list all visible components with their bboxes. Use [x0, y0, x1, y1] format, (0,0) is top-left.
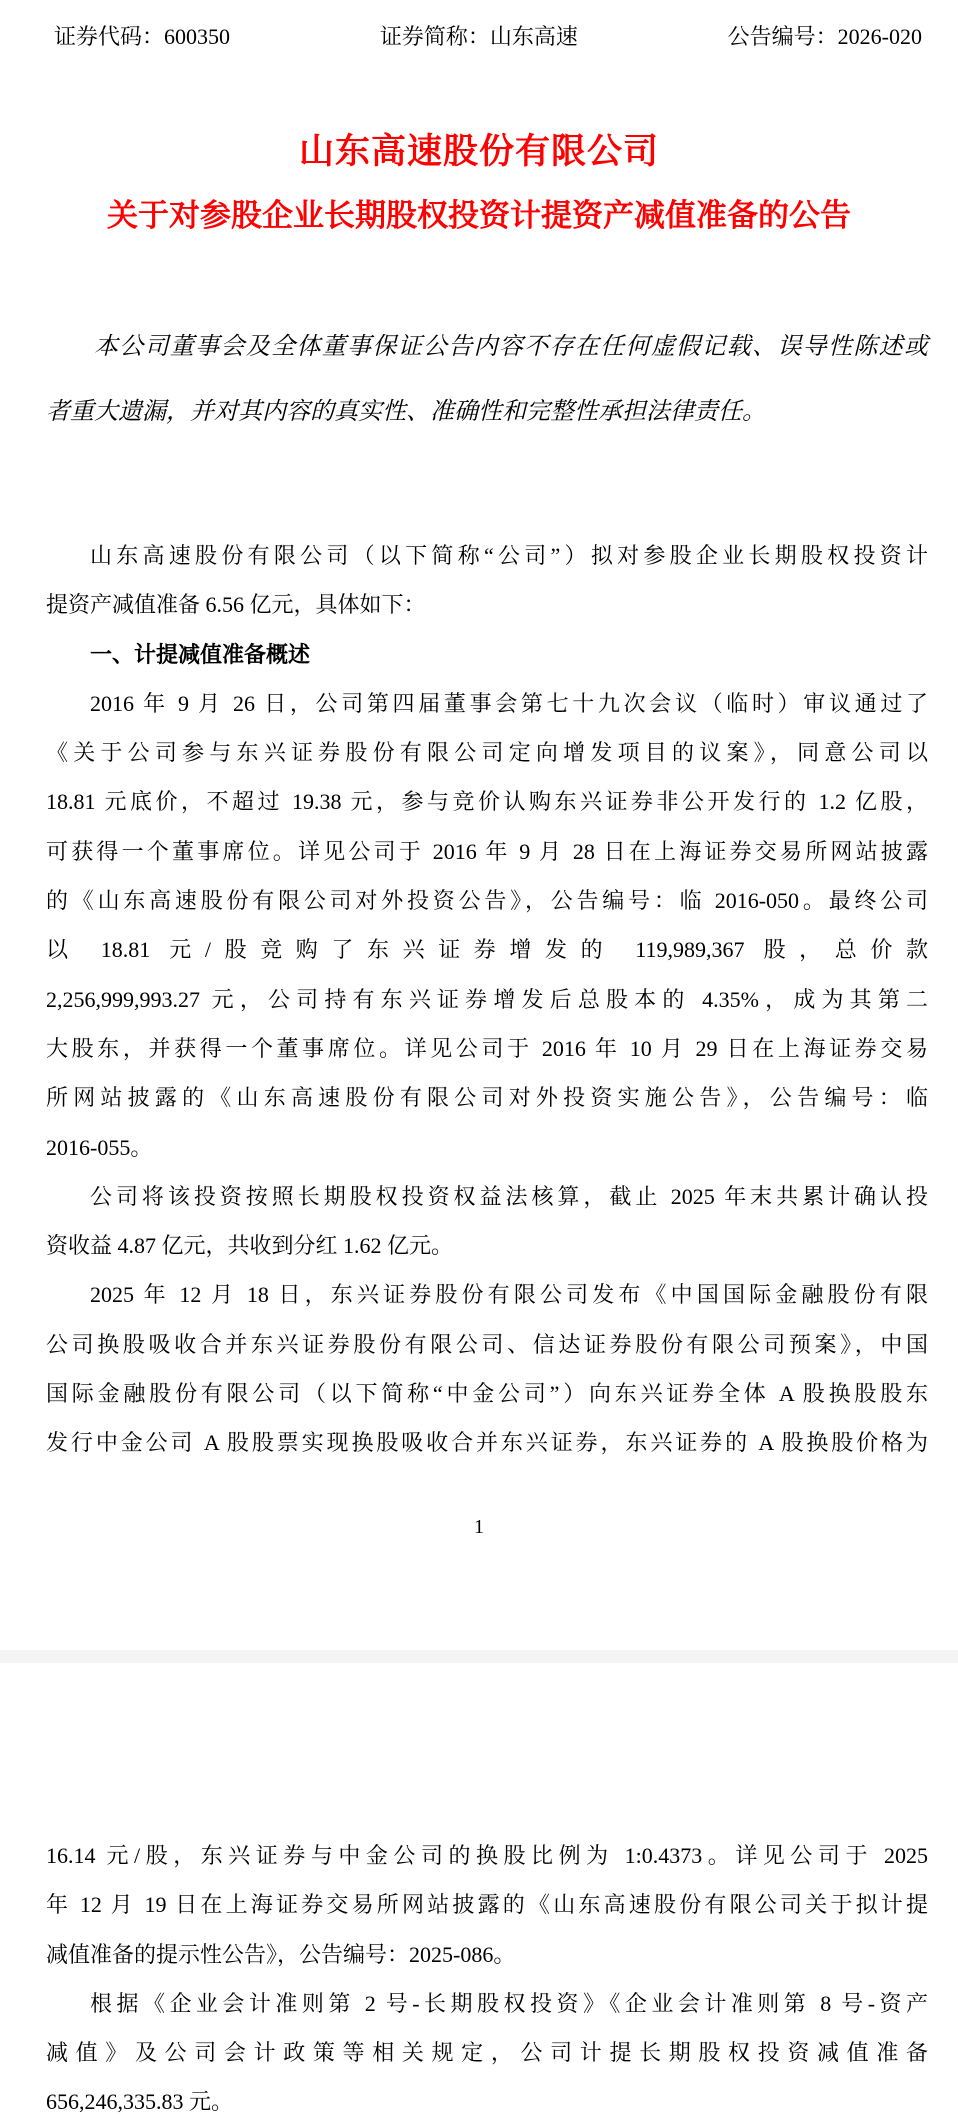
page-2: 16.14 元/股，东兴证券与中金公司的换股比例为 1:0.4373。详见公司于…: [0, 1663, 958, 2119]
body-line: 18.81 元底价，不超过 19.38 元，参与竞价认购东兴证券非公开发行的 1…: [46, 777, 928, 826]
stock-code: 证券代码：600350: [54, 20, 230, 51]
body-line: 根据《企业会计准则第 2 号-长期股权投资》《企业会计准则第 8 号-资产: [46, 1979, 928, 2028]
disclaimer-line: 者重大遗漏，并对其内容的真实性、准确性和完整性承担法律责任。: [46, 380, 928, 445]
body-line: 16.14 元/股，东兴证券与中金公司的换股比例为 1:0.4373。详见公司于…: [46, 1831, 928, 1880]
body-line: 2,256,999,993.27 元，公司持有东兴证券增发后总股本的 4.35%…: [46, 975, 928, 1024]
page-separator: [0, 1650, 958, 1663]
page-number: 1: [0, 1516, 958, 1539]
body-line: 公司换股吸收合并东兴证券股份有限公司、信达证券股份有限公司预案》，中国: [46, 1320, 928, 1369]
body-line: 2025 年 12 月 18 日，东兴证券股份有限公司发布《中国国际金融股份有限: [46, 1270, 928, 1319]
body-line: 大股东，并获得一个董事席位。详见公司于 2016 年 10 月 29 日在上海证…: [46, 1024, 928, 1073]
body-line: 提资产减值准备 6.56 亿元，具体如下：: [46, 580, 928, 629]
disclaimer: 本公司董事会及全体董事保证公告内容不存在任何虚假记载、误导性陈述或者重大遗漏，并…: [46, 315, 928, 445]
announcement-number: 公告编号：2026-020: [728, 20, 922, 51]
body-line: 减值准备的提示性公告》，公告编号：2025-086。: [46, 1930, 928, 1979]
body-line: 以 18.81 元/股竞购了东兴证券增发的 119,989,367 股，总价款: [46, 925, 928, 974]
meta-header: 证券代码：600350 证券简称：山东高速 公告编号：2026-020: [54, 20, 922, 51]
body-text-page1: 山东高速股份有限公司（以下简称“公司”）拟对参股企业长期股权投资计提资产减值准备…: [46, 531, 928, 1468]
body-line: 一、计提减值准备概述: [46, 630, 928, 679]
body-line: 年 12 月 19 日在上海证券交易所网站披露的《山东高速股份有限公司关于拟计提: [46, 1880, 928, 1929]
body-line: 国际金融股份有限公司（以下简称“中金公司”）向东兴证券全体 A 股换股股东: [46, 1369, 928, 1418]
body-line: 656,246,335.83 元。: [46, 2077, 928, 2119]
body-line: 可获得一个董事席位。详见公司于 2016 年 9 月 28 日在上海证券交易所网…: [46, 827, 928, 876]
stock-name: 证券简称：山东高速: [380, 20, 578, 51]
document-root: 证券代码：600350 证券简称：山东高速 公告编号：2026-020 山东高速…: [0, 0, 958, 2119]
body-text-page2: 16.14 元/股，东兴证券与中金公司的换股比例为 1:0.4373。详见公司于…: [46, 1831, 928, 2119]
page-1: 证券代码：600350 证券简称：山东高速 公告编号：2026-020 山东高速…: [0, 0, 958, 1650]
body-line: 发行中金公司 A 股股票实现换股吸收合并东兴证券，东兴证券的 A 股换股价格为: [46, 1418, 928, 1467]
body-line: 资收益 4.87 亿元，共收到分红 1.62 亿元。: [46, 1221, 928, 1270]
body-line: 山东高速股份有限公司（以下简称“公司”）拟对参股企业长期股权投资计: [46, 531, 928, 580]
body-line: 公司将该投资按照长期股权投资权益法核算，截止 2025 年末共累计确认投: [46, 1172, 928, 1221]
body-line: 2016-055。: [46, 1123, 928, 1172]
body-line: 2016 年 9 月 26 日，公司第四届董事会第七十九次会议（临时）审议通过了: [46, 679, 928, 728]
body-line: 减值》及公司会计政策等相关规定，公司计提长期股权投资减值准备: [46, 2028, 928, 2077]
body-line: 所网站披露的《山东高速股份有限公司对外投资实施公告》，公告编号：临: [46, 1073, 928, 1122]
body-line: 《关于公司参与东兴证券股份有限公司定向增发项目的议案》，同意公司以: [46, 728, 928, 777]
doc-subtitle: 关于对参股企业长期股权投资计提资产减值准备的公告: [0, 190, 958, 235]
body-line: 的《山东高速股份有限公司对外投资公告》，公告编号：临 2016-050。最终公司: [46, 876, 928, 925]
disclaimer-line: 本公司董事会及全体董事保证公告内容不存在任何虚假记载、误导性陈述或: [46, 315, 928, 380]
doc-title: 山东高速股份有限公司: [0, 124, 958, 174]
